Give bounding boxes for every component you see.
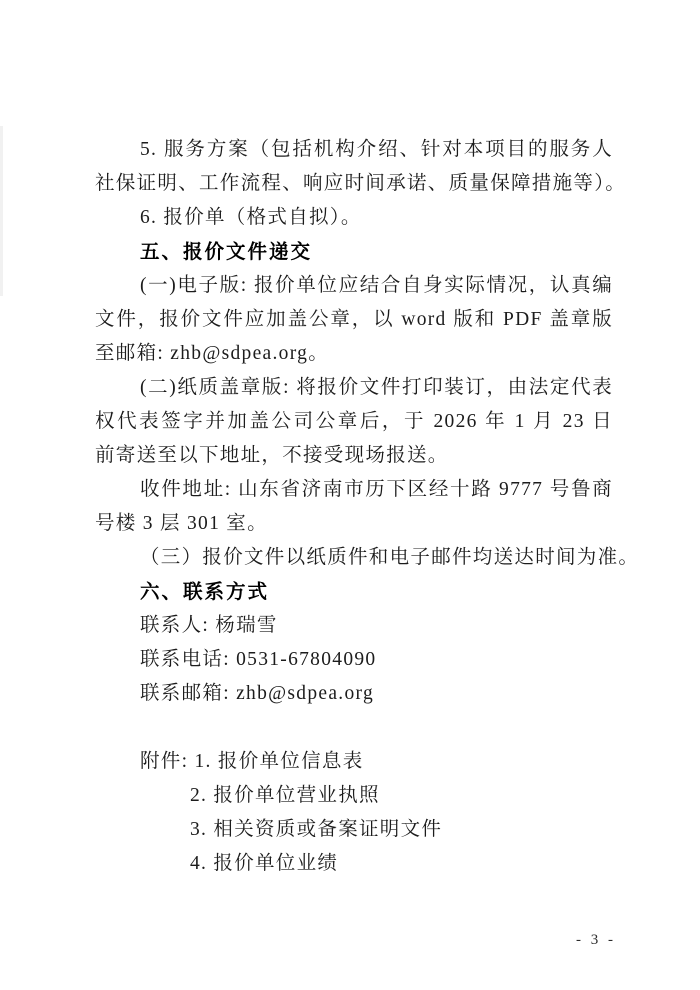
text-line: 前寄送至以下地址，不接受现场报送。 [95,439,613,473]
text-line: 文件，报价文件应加盖公章，以 word 版和 PDF 盖章版形式发送 [95,303,613,337]
blank-line [95,711,613,745]
attachment-item: 2. 报价单位营业执照 [95,779,613,813]
text-line: (二)纸质盖章版: 将报价文件打印装订，由法定代表人或授 [95,371,613,405]
text-line: （三）报价文件以纸质件和电子邮件均送达时间为准。 [95,541,613,575]
attachment-item: 4. 报价单位业绩 [95,847,613,881]
text-line-deadline: 权代表签字并加盖公司公章后，于 2026 年 1 月 23 日 16：00 时 [95,405,613,439]
contact-person-line: 联系人: 杨瑞雪 [95,609,613,643]
contact-email-line: 联系邮箱: zhb@sdpea.org [95,677,613,711]
text-line-address: 号楼 3 层 301 室。 [95,507,613,541]
section-heading-contact: 六、联系方式 [95,575,613,609]
text-line: 6. 报价单（格式自拟）。 [95,201,613,235]
text-line-email: 至邮箱: zhb@sdpea.org。 [95,337,613,371]
attachment-item: 附件: 1. 报价单位信息表 [95,745,613,779]
page-number: - 3 - [576,932,616,949]
document-page: 5. 服务方案（包括机构介绍、针对本项目的服务人员配置、 社保证明、工作流程、响… [0,0,700,990]
contact-phone-line: 联系电话: 0531-67804090 [95,643,613,677]
scan-artifact [0,126,3,296]
text-line: (一)电子版: 报价单位应结合自身实际情况，认真编制报价 [95,269,613,303]
text-line: 社保证明、工作流程、响应时间承诺、质量保障措施等）。 [95,167,613,201]
document-body: 5. 服务方案（包括机构介绍、针对本项目的服务人员配置、 社保证明、工作流程、响… [95,133,613,881]
text-line-address: 收件地址: 山东省济南市历下区经十路 9777 号鲁商国奥城 4 [95,473,613,507]
section-heading-delivery: 五、报价文件递交 [95,235,613,269]
text-line: 5. 服务方案（包括机构介绍、针对本项目的服务人员配置、 [95,133,613,167]
attachment-item: 3. 相关资质或备案证明文件 [95,813,613,847]
